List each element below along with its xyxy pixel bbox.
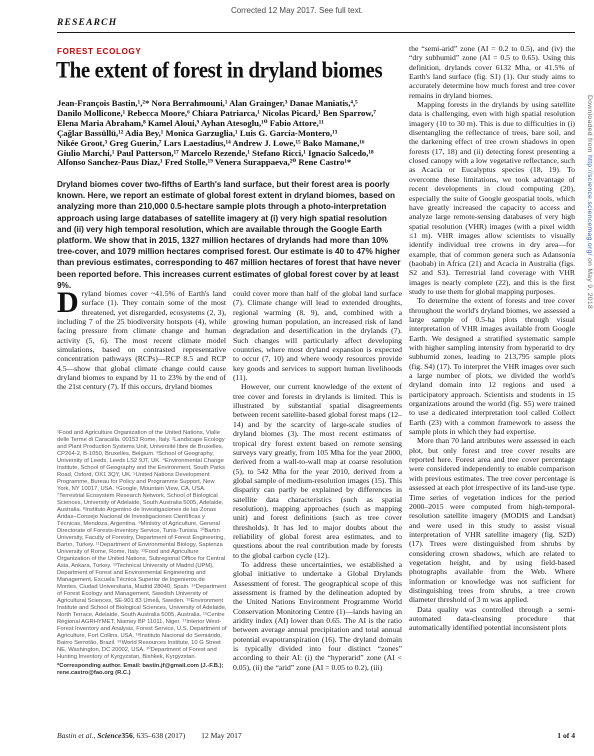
download-suffix: on May 9, 2018 — [586, 256, 593, 309]
page-footer: Bastin et al., Science356, 635–638 (2017… — [57, 731, 575, 740]
body-paragraph: More than 70 land attributes were assess… — [409, 436, 575, 604]
header-rule — [57, 32, 575, 33]
body-column-3: the “semi-arid” zone (AI = 0.2 to 0.5), … — [409, 44, 575, 633]
journal-page: Corrected 12 May 2017. See full text. RE… — [0, 0, 594, 756]
body-paragraph: could cover more than half of the global… — [233, 289, 402, 382]
citation-volume: 356 — [121, 731, 132, 740]
author-line: Alfonso Sanchez-Paus Diaz,¹ Fred Stolle,… — [57, 158, 405, 168]
footnote-block: ¹Food and Agriculture Organization of th… — [57, 430, 227, 677]
download-watermark: Downloaded from http://science.sciencema… — [586, 95, 593, 655]
body-column-1: Dryland biomes cover ~41.5% of Earth's l… — [57, 289, 226, 392]
citation-pages: , 635–638 (2017) — [133, 731, 186, 740]
dropcap-letter: D — [57, 289, 82, 315]
body-column-2: could cover more than half of the global… — [233, 289, 402, 672]
research-header-label: RESEARCH — [57, 18, 117, 28]
body-paragraph: the “semi-arid” zone (AI = 0.2 to 0.5), … — [409, 44, 575, 100]
article-title: The extent of forest in dryland biomes — [56, 56, 408, 84]
section-label: FOREST ECOLOGY — [57, 47, 141, 56]
corresponding-author-note: *Corresponding author. Email: bastin.jf@… — [57, 663, 227, 677]
body-paragraph: Mapping forests in the drylands by using… — [409, 100, 575, 296]
paragraph-text: ryland biomes cover ~41.5% of Earth's la… — [57, 289, 226, 391]
affiliations-text: ¹Food and Agriculture Organization of th… — [57, 430, 227, 661]
citation-journal: Science — [97, 731, 121, 740]
author-list: Jean-François Bastin,¹,²* Nora Berrahmou… — [57, 99, 405, 168]
body-paragraph: Dryland biomes cover ~41.5% of Earth's l… — [57, 289, 226, 392]
citation-date: 12 May 2017 — [201, 731, 242, 740]
body-paragraph: To determine the extent of forests and t… — [409, 296, 575, 436]
citation-authors: Bastin et al., — [57, 731, 95, 740]
abstract-text: Dryland biomes cover two-fifths of Earth… — [57, 179, 402, 291]
download-prefix: Downloaded from — [586, 95, 593, 155]
correction-notice: Corrected 12 May 2017. See full text. — [0, 6, 594, 15]
page-number: 1 of 4 — [557, 731, 575, 740]
citation-line: Bastin et al., Science356, 635–638 (2017… — [57, 731, 242, 740]
body-paragraph: To address these uncertainties, we estab… — [233, 560, 402, 672]
sciencemag-link[interactable]: http://science.sciencemag.org/ — [586, 155, 593, 256]
body-paragraph: Data quality was controlled through a se… — [409, 605, 575, 633]
body-paragraph: However, our current knowledge of the ex… — [233, 382, 402, 560]
